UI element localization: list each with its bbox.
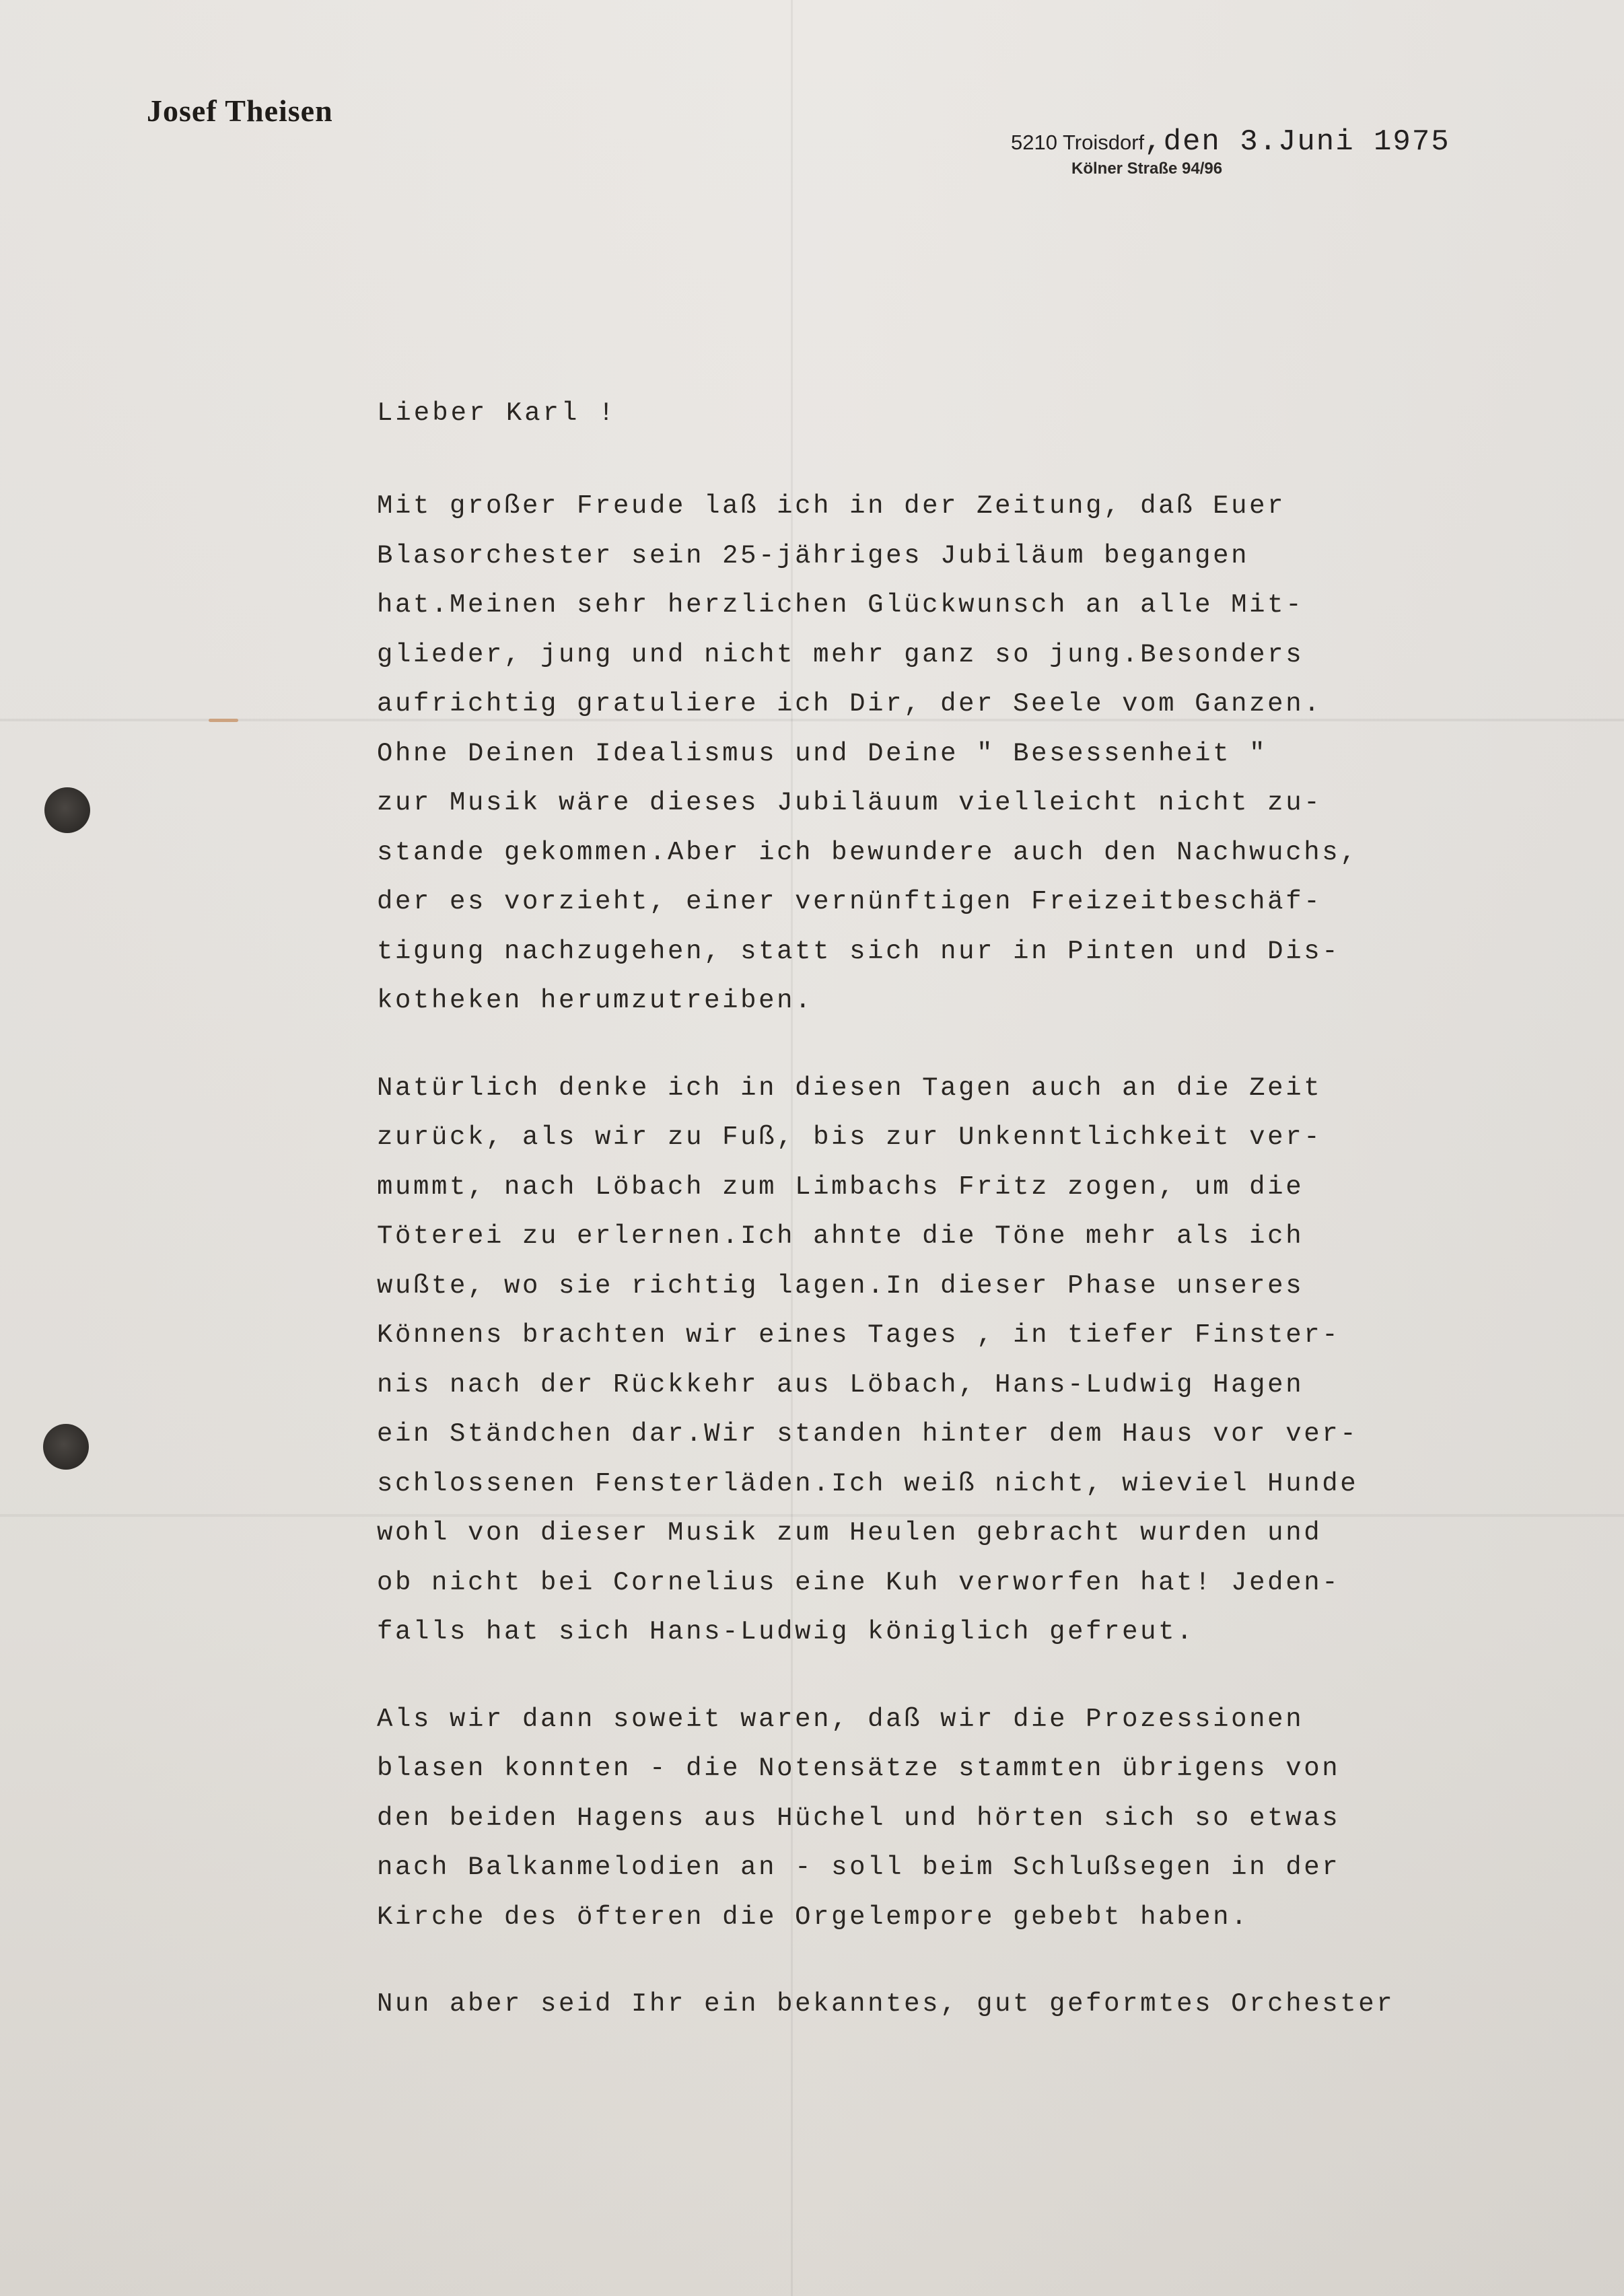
paragraph: Nun aber seid Ihr ein bekanntes, gut gef…: [377, 1980, 1561, 2030]
paragraph: Natürlich denke ich in diesen Tagen auch…: [377, 1064, 1561, 1657]
text-line: nach Balkanmelodien an - soll beim Schlu…: [377, 1843, 1561, 1893]
text-line: Als wir dann soweit waren, daß wir die P…: [377, 1695, 1561, 1745]
text-line: der es vorzieht, einer vernünftigen Frei…: [377, 877, 1561, 927]
paragraph: Mit großer Freude laß ich in der Zeitung…: [377, 482, 1561, 1026]
text-line: Blasorchester sein 25-jähriges Jubiläum …: [377, 532, 1561, 581]
text-line: blasen konnten - die Notensätze stammten…: [377, 1744, 1561, 1794]
place-date-line: 5210 Troisdorf,den 3.Juni 1975: [1011, 125, 1450, 159]
punch-hole-bottom: [43, 1424, 89, 1470]
street-address: Kölner Straße 94/96: [1071, 159, 1222, 178]
text-line: glieder, jung und nicht mehr ganz so jun…: [377, 631, 1561, 680]
rust-mark: [209, 719, 238, 722]
text-line: aufrichtig gratuliere ich Dir, der Seele…: [377, 680, 1561, 729]
text-line: mummt, nach Löbach zum Limbachs Fritz zo…: [377, 1163, 1561, 1213]
text-line: Töterei zu erlernen.Ich ahnte die Töne m…: [377, 1212, 1561, 1262]
punch-hole-top: [44, 787, 90, 833]
salutation: Lieber Karl !: [377, 397, 1561, 429]
text-line: Ohne Deinen Idealismus und Deine " Beses…: [377, 729, 1561, 779]
text-line: hat.Meinen sehr herzlichen Glückwunsch a…: [377, 581, 1561, 631]
paragraph: Als wir dann soweit waren, daß wir die P…: [377, 1695, 1561, 1943]
text-line: schlossenen Fensterläden.Ich weiß nicht,…: [377, 1460, 1561, 1509]
text-line: ob nicht bei Cornelius eine Kuh verworfe…: [377, 1558, 1561, 1608]
text-line: den beiden Hagens aus Hüchel und hörten …: [377, 1794, 1561, 1844]
letter-paragraphs: Mit großer Freude laß ich in der Zeitung…: [377, 482, 1561, 2030]
text-line: wohl von dieser Musik zum Heulen gebrach…: [377, 1509, 1561, 1558]
letter-date: ,den 3.Juni 1975: [1144, 125, 1450, 159]
text-line: Kirche des öfteren die Orgelempore gebeb…: [377, 1893, 1561, 1943]
text-line: tigung nachzugehen, statt sich nur in Pi…: [377, 927, 1561, 977]
text-line: Nun aber seid Ihr ein bekanntes, gut gef…: [377, 1980, 1561, 2030]
text-line: Natürlich denke ich in diesen Tagen auch…: [377, 1064, 1561, 1114]
text-line: Könnens brachten wir eines Tages , in ti…: [377, 1311, 1561, 1361]
text-line: stande gekommen.Aber ich bewundere auch …: [377, 828, 1561, 878]
place-name: 5210 Troisdorf: [1011, 131, 1144, 154]
text-line: Mit großer Freude laß ich in der Zeitung…: [377, 482, 1561, 532]
text-line: zurück, als wir zu Fuß, bis zur Unkenntl…: [377, 1113, 1561, 1163]
text-line: wußte, wo sie richtig lagen.In dieser Ph…: [377, 1262, 1561, 1312]
sender-name: Josef Theisen: [147, 93, 333, 129]
text-line: falls hat sich Hans-Ludwig königlich gef…: [377, 1608, 1561, 1657]
letter-body: Lieber Karl ! Mit großer Freude laß ich …: [377, 397, 1561, 2067]
text-line: nis nach der Rückkehr aus Löbach, Hans-L…: [377, 1361, 1561, 1410]
text-line: zur Musik wäre dieses Jubiläuum vielleic…: [377, 779, 1561, 828]
text-line: ein Ständchen dar.Wir standen hinter dem…: [377, 1410, 1561, 1460]
text-line: kotheken herumzutreiben.: [377, 976, 1561, 1026]
